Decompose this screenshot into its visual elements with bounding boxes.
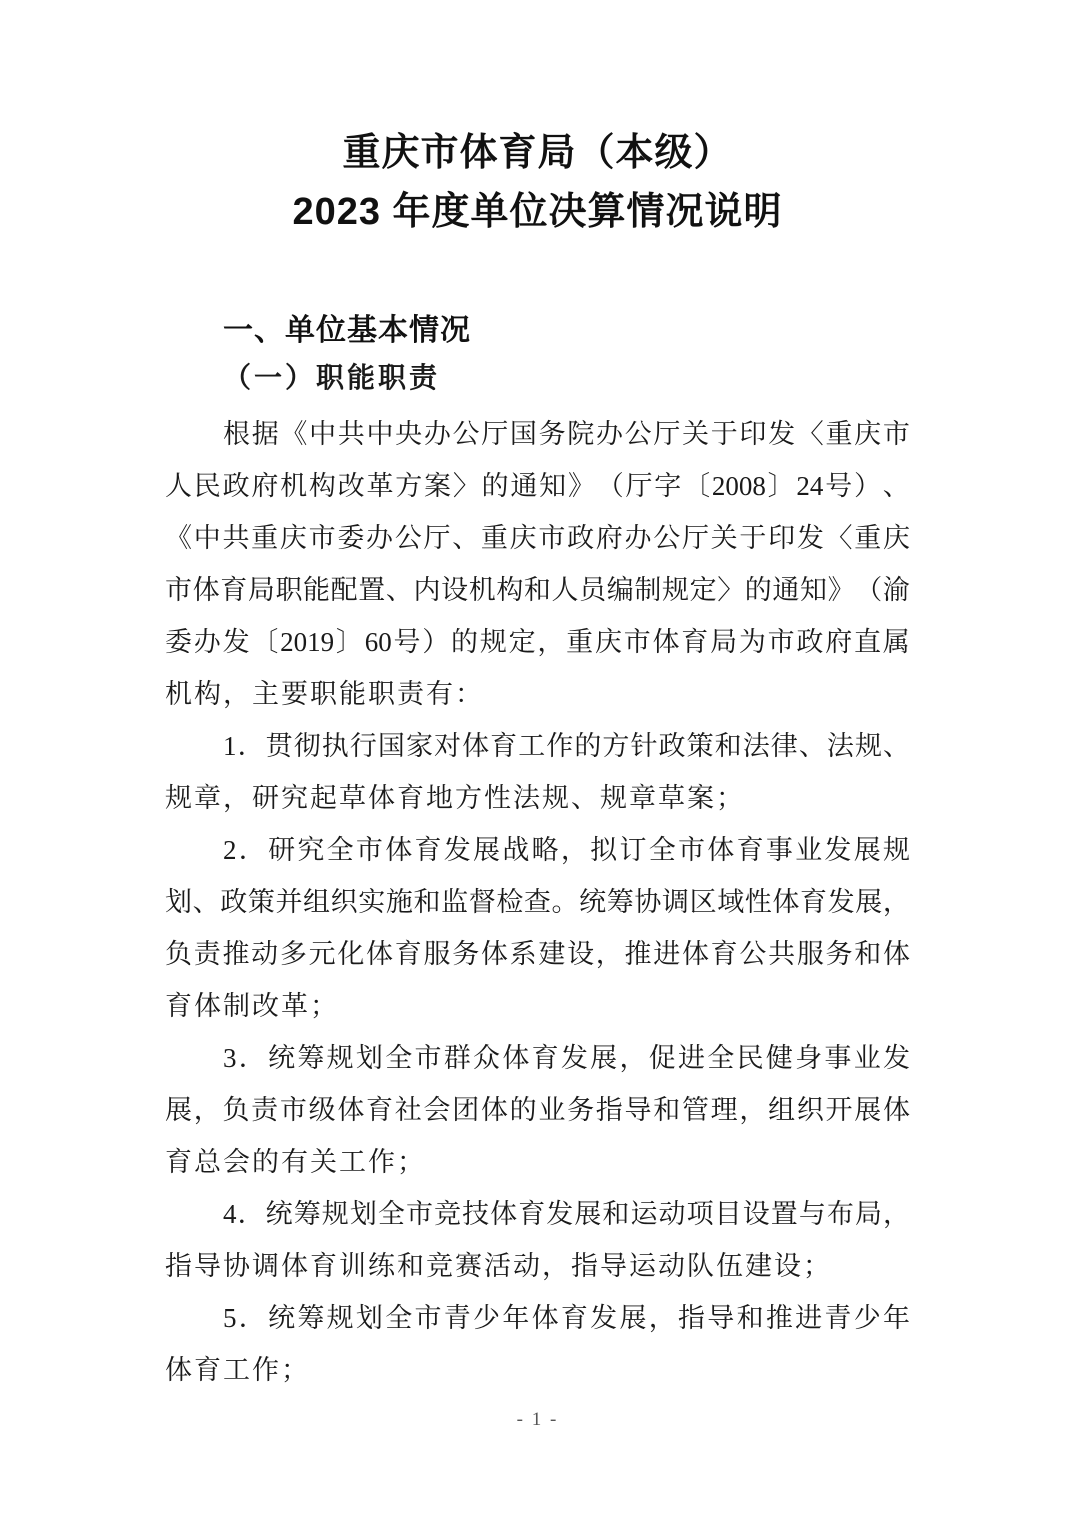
body-line: 《中共重庆市委办公厅、重庆市政府办公厅关于印发〈重庆	[165, 512, 910, 564]
body-line: 展，负责市级体育社会团体的业务指导和管理，组织开展体	[165, 1084, 910, 1136]
body-line: 机构，主要职能职责有：	[165, 668, 910, 720]
document-body: 一、单位基本情况 （一）职能职责 根据《中共中央办公厅国务院办公厅关于印发〈重庆…	[165, 310, 910, 1396]
body-line: 4．统筹规划全市竞技体育发展和运动项目设置与布局，	[165, 1188, 910, 1240]
body-line: 人民政府机构改革方案〉的通知》（厅字〔2008〕24号）、	[165, 460, 910, 512]
document-page: 重庆市体育局（本级） 2023 年度单位决算情况说明 一、单位基本情况 （一）职…	[0, 0, 1075, 1520]
subsection-heading: （一）职能职责	[165, 358, 910, 400]
body-line: 育总会的有关工作；	[165, 1136, 910, 1188]
body-line: 指导协调体育训练和竞赛活动，指导运动队伍建设；	[165, 1240, 910, 1292]
body-lines: 根据《中共中央办公厅国务院办公厅关于印发〈重庆市人民政府机构改革方案〉的通知》（…	[165, 408, 910, 1396]
body-line: 育体制改革；	[165, 980, 910, 1032]
body-line: 2．研究全市体育发展战略，拟订全市体育事业发展规	[165, 824, 910, 876]
document-title: 重庆市体育局（本级） 2023 年度单位决算情况说明	[0, 124, 1075, 242]
title-line-1: 重庆市体育局（本级）	[0, 124, 1075, 183]
body-line: 委办发〔2019〕60号）的规定，重庆市体育局为市政府直属	[165, 616, 910, 668]
body-line: 1．贯彻执行国家对体育工作的方针政策和法律、法规、	[165, 720, 910, 772]
body-line: 市体育局职能配置、内设机构和人员编制规定〉的通知》（渝	[165, 564, 910, 616]
body-line: 5．统筹规划全市青少年体育发展，指导和推进青少年	[165, 1292, 910, 1344]
body-line: 规章，研究起草体育地方性法规、规章草案；	[165, 772, 910, 824]
page-number: - 1 -	[517, 1409, 559, 1430]
body-line: 划、政策并组织实施和监督检查。统筹协调区域性体育发展，	[165, 876, 910, 928]
page-footer: - 1 -	[0, 1408, 1075, 1432]
title-line-2: 2023 年度单位决算情况说明	[0, 183, 1075, 242]
body-line: 体育工作；	[165, 1344, 910, 1396]
body-line: 3．统筹规划全市群众体育发展，促进全民健身事业发	[165, 1032, 910, 1084]
section-heading: 一、单位基本情况	[165, 310, 910, 352]
body-line: 根据《中共中央办公厅国务院办公厅关于印发〈重庆市	[165, 408, 910, 460]
body-line: 负责推动多元化体育服务体系建设，推进体育公共服务和体	[165, 928, 910, 980]
